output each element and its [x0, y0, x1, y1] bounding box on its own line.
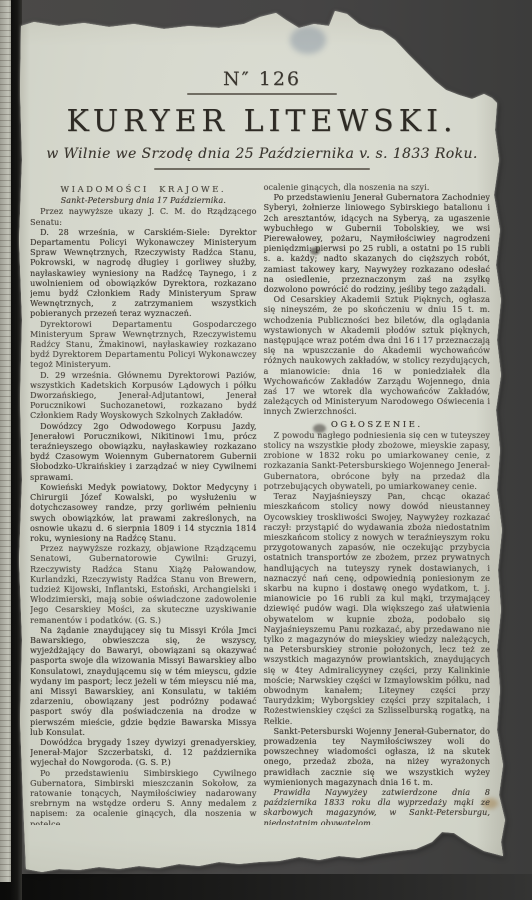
- paragraph: Z powodu nagłego podniesienia się cen w …: [264, 431, 491, 492]
- article-columns: WIADOMOŚCI KRAJOWE.Sankt-Petersburg dnia…: [30, 183, 490, 825]
- paragraph: D. 28 września, w Carskiém-Siele: Dyrekt…: [30, 228, 257, 320]
- paragraph: WIADOMOŚCI KRAJOWE.: [30, 184, 257, 194]
- right-column: ocalenie ginących, dla noszenia na szyi.…: [264, 183, 491, 825]
- paragraph: Sankt-Petersburski Wojenny Jenerał-Guber…: [264, 727, 491, 788]
- paragraph: Teraz Nayjaśnieyszy Pan, chcąc okazać mi…: [264, 492, 491, 727]
- paragraph: D. 29 września. Głównemu Dyrektorowi Paz…: [30, 371, 257, 422]
- paragraph: Od Cesarskiey Akademii Sztuk Pięknych, o…: [264, 295, 491, 417]
- paragraph: Na żądanie znaydującey się tu Missyi Kró…: [30, 626, 257, 738]
- paragraph: Dyrektorowi Departamentu Gospodarczego M…: [30, 320, 257, 371]
- torn-paper-sheet: N″ 126 KURYER LITEWSKI. w Wilnie we Srzo…: [14, 0, 514, 900]
- left-column: WIADOMOŚCI KRAJOWE.Sankt-Petersburg dnia…: [30, 183, 257, 825]
- dateline-divider: [154, 168, 370, 170]
- scanned-newspaper-photo: N″ 126 KURYER LITEWSKI. w Wilnie we Srzo…: [0, 0, 532, 900]
- paragraph: OGŁOSZENIE.: [264, 419, 491, 429]
- paragraph: Po przedstawieniu Jenerał Gubernatora Za…: [264, 193, 491, 295]
- masthead-divider: [187, 93, 337, 95]
- masthead-dateline: w Wilnie we Srzodę dnia 25 Października …: [14, 146, 510, 162]
- paragraph: Prawidła Naywyżey zatwierdzone dnia 8 pa…: [264, 788, 491, 825]
- paragraph: Przez naywyższe ukazy J. C. M. do Rządzą…: [30, 207, 257, 227]
- paragraph: Kowieński Medyk powiatowy, Doktor Medycy…: [30, 483, 257, 544]
- newspaper-title: KURYER LITEWSKI.: [14, 104, 510, 139]
- newspaper-front-page: N″ 126 KURYER LITEWSKI. w Wilnie we Srzo…: [14, 0, 510, 900]
- paragraph: Po przedstawieniu Simbirskiego Cywilnego…: [30, 769, 257, 825]
- paragraph: Dowódźca brygady 1szey dywizyi grenadyer…: [30, 738, 257, 769]
- paragraph: Przez naywyższe rozkazy, objawione Rządz…: [30, 544, 257, 626]
- masthead: N″ 126 KURYER LITEWSKI. w Wilnie we Srzo…: [14, 0, 510, 170]
- issue-number: N″ 126: [14, 0, 510, 90]
- paragraph: ocalenie ginących, dla noszenia na szyi.: [264, 183, 491, 193]
- paragraph: Dowódzcy 2go Odwodowego Korpusu Jazdy, J…: [30, 422, 257, 483]
- paragraph: Sankt-Petersburg dnia 17 Października.: [30, 196, 257, 206]
